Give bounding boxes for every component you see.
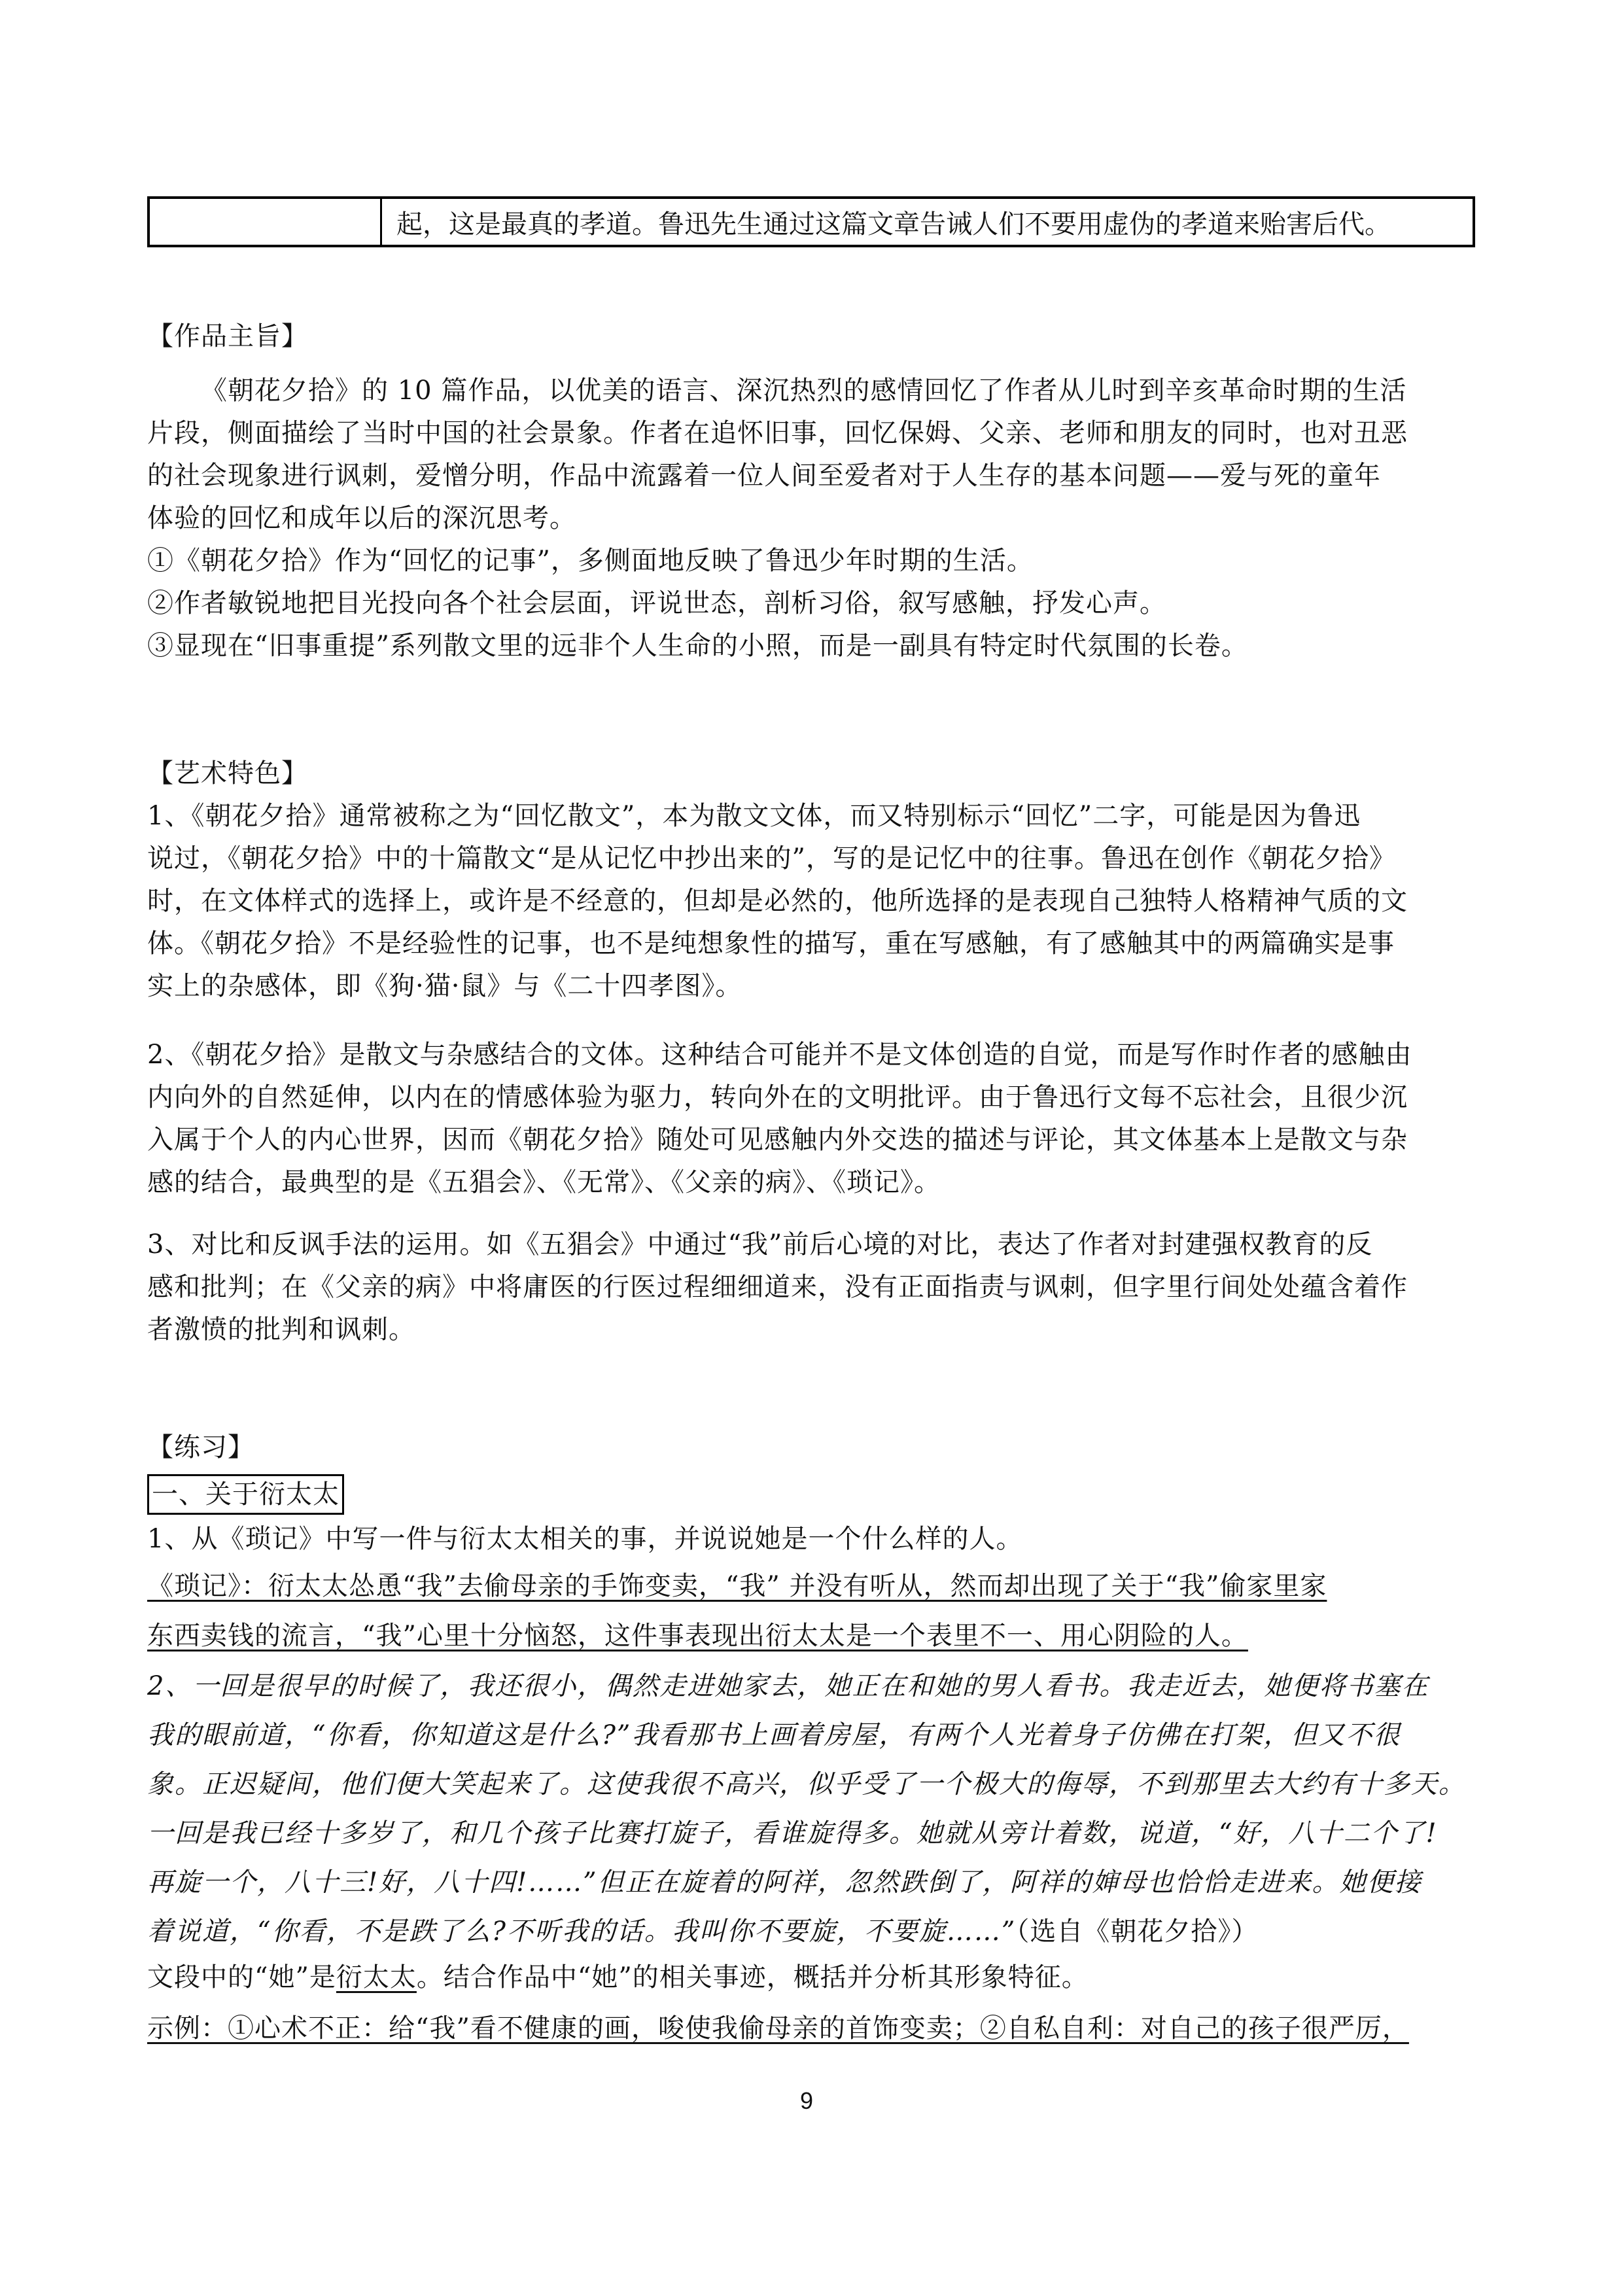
theme-line: 片段，侧面描绘了当时中国的社会景象。作者在追怀旧事，回忆保姆、父亲、老师和朋友的…: [147, 412, 1408, 454]
art-line: 感的结合，最典型的是《五猖会》、《无常》、《父亲的病》、《琐记》。: [147, 1161, 941, 1203]
table-cell-empty: [148, 198, 381, 246]
section-heading-art: 【艺术特色】: [147, 752, 308, 794]
theme-point: ③显现在“旧事重提”系列散文里的远非个人生命的小照，而是一副具有特定时代氛围的长…: [147, 625, 1248, 667]
q1-answer-line: 《琐记》：衍太太怂恿“我”去偷母亲的手饰变卖，“我” 并没有听从，然而却出现了关…: [147, 1565, 1327, 1607]
q2-source: （选自《朝花夕拾》）: [1016, 1916, 1258, 1947]
art-line: 入属于个人的内心世界，因而《朝花夕拾》随处可见感触内外交迭的描述与评论，其文体基…: [147, 1119, 1408, 1161]
q2-passage-line: 2、一回是很早的时候了，我还很小，偶然走进她家去，她正在和她的男人看书。我走近去…: [147, 1665, 1429, 1707]
art-line: 2、《朝花夕拾》是散文与杂感结合的文体。这种结合可能并不是文体创造的自觉，而是写…: [147, 1034, 1412, 1076]
art-line: 3、对比和反讽手法的运用。如《五猖会》中通过“我”前后心境的对比，表达了作者对封…: [147, 1224, 1372, 1265]
table-cell-text: 起，这是最真的孝道。鲁迅先生通过这篇文章告诫人们不要用虚伪的孝道来贻害后代。: [381, 198, 1475, 246]
q2-question-blank: 衍太太: [336, 1962, 417, 1992]
page-number: 9: [800, 2087, 813, 2115]
section-heading-theme: 【作品主旨】: [147, 315, 308, 357]
q1-answer-line: 东西卖钱的流言，“我”心里十分恼怒，这件事表现出衍太太是一个表里不一、用心阴险的…: [147, 1615, 1248, 1657]
art-line: 1、《朝花夕拾》通常被称之为“回忆散文”，本为散文文体，而又特别标示“回忆”二字…: [147, 795, 1361, 837]
art-line: 感和批判；在《父亲的病》中将庸医的行医过程细细道来，没有正面指责与讽刺，但字里行…: [147, 1266, 1408, 1308]
art-line: 实上的杂感体，即《狗·猫·鼠》与《二十四孝图》。: [147, 965, 742, 1007]
theme-point: ①《朝花夕拾》作为“回忆的记事”，多侧面地反映了鲁迅少年时期的生活。: [147, 540, 1034, 582]
section-heading-exercise: 【练习】: [147, 1426, 254, 1468]
q2-passage-line: 我的眼前道，“你看，你知道这是什么?”我看那书上画着房屋，有两个人光着身子仿佛在…: [147, 1714, 1401, 1756]
theme-line: 《朝花夕拾》的 10 篇作品，以优美的语言、深沉热烈的感情回忆了作者从儿时到辛亥…: [201, 370, 1406, 412]
q2-passage-line: 再旋一个，八十三!好，八十四!……”但正在旋着的阿祥，忽然跌倒了，阿祥的婶母也恰…: [147, 1862, 1422, 1903]
q1-question: 1、从《琐记》中写一件与衍太太相关的事，并说说她是一个什么样的人。: [147, 1518, 1022, 1560]
q2-passage-line: 着说道，“你看，不是跌了么?不听我的话。我叫你不要旋，不要旋……”: [147, 1916, 1016, 1947]
exercise-section-title: 一、关于衍太太: [147, 1474, 344, 1515]
q2-question-suffix: 。结合作品中“她”的相关事迹，概括并分析其形象特征。: [417, 1962, 1089, 1992]
q2-passage-line: 一回是我已经十多岁了，和几个孩子比赛打旋子，看谁旋得多。她就从旁计着数，说道，“…: [147, 1812, 1438, 1854]
art-line: 时，在文体样式的选择上，或许是不经意的，但却是必然的，他所选择的是表现自己独特人…: [147, 880, 1408, 922]
theme-point: ②作者敏锐地把目光投向各个社会层面，评说世态，剖析习俗，叙写感触，抒发心声。: [147, 582, 1166, 624]
art-line: 说过，《朝花夕拾》中的十篇散文“是从记忆中抄出来的”，写的是记忆中的往事。鲁迅在…: [147, 838, 1396, 879]
continuation-table: 起，这是最真的孝道。鲁迅先生通过这篇文章告诫人们不要用虚伪的孝道来贻害后代。: [147, 196, 1475, 247]
art-line: 体。《朝花夕拾》不是经验性的记事，也不是纯想象性的描写，重在写感触，有了感触其中…: [147, 923, 1395, 964]
theme-line: 的社会现象进行讽刺，爱憎分明，作品中流露着一位人间至爱者对于人生存的基本问题——…: [147, 455, 1381, 497]
q2-answer-line: 示例：①心术不正：给“我”看不健康的画，唆使我偷母亲的首饰变卖；②自私自利：对自…: [147, 2007, 1409, 2049]
q2-question-prefix: 文段中的“她”是: [147, 1962, 336, 1992]
theme-line: 体验的回忆和成年以后的深沉思考。: [147, 497, 576, 539]
art-line: 者激愤的批判和讽刺。: [147, 1309, 415, 1351]
art-line: 内向外的自然延伸，以内在的情感体验为驱力，转向外在的文明批评。由于鲁迅行文每不忘…: [147, 1076, 1408, 1118]
q2-passage-line: 象。正迟疑间，他们便大笑起来了。这使我很不高兴，似乎受了一个极大的侮辱，不到那里…: [147, 1763, 1466, 1805]
